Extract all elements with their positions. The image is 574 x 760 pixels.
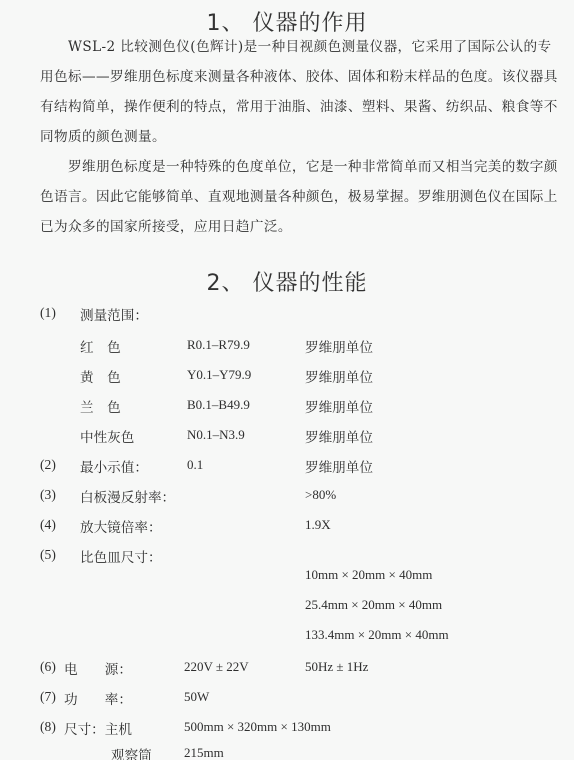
spec-red-unit: 罗维朋单位 (305, 336, 373, 356)
section-2-title: 2、 仪器的性能 (0, 266, 574, 297)
spec-8-value: 500mm × 320mm × 130mm (184, 719, 331, 735)
spec-5-size-3: 133.4mm × 20mm × 40mm (305, 627, 449, 643)
paragraph-1-text: WSL-2 比较测色仪(色辉计)是一种目视颜色测量仪器，它采用了国际公认的专用色… (40, 39, 558, 145)
spec-5-size-1: 10mm × 20mm × 40mm (305, 567, 432, 583)
spec-neutral-label: 中性灰色 (80, 426, 134, 446)
spec-7-label: 功 率： (64, 688, 132, 708)
spec-3-label: 白板漫反射率： (80, 486, 175, 506)
spec-3-num: (3) (40, 487, 56, 503)
spec-8-num: (8) (40, 719, 56, 735)
spec-2-label: 最小示值： (80, 456, 148, 476)
spec-red-label: 红 色 (80, 336, 121, 356)
spec-7-value: 50W (184, 689, 209, 705)
spec-yellow-value: Y0.1–Y79.9 (187, 367, 251, 383)
spec-neutral-unit: 罗维朋单位 (305, 426, 373, 446)
spec-5-label: 比色皿尺寸： (80, 546, 162, 566)
spec-8b-value: 215mm (184, 745, 224, 760)
paragraph-2: 罗维朋色标度是一种特殊的色度单位，它是一种非常简单而又相当完美的数字颜色语言。因… (40, 152, 560, 242)
spec-6-label: 电 源： (64, 658, 132, 678)
spec-6-voltage: 220V ± 22V (184, 659, 249, 675)
spec-7-num: (7) (40, 689, 56, 705)
spec-5-size-2: 25.4mm × 20mm × 40mm (305, 597, 442, 613)
spec-2-value: 0.1 (187, 457, 203, 473)
spec-4-label: 放大镜倍率： (80, 516, 162, 536)
paragraph-1: WSL-2 比较测色仪(色辉计)是一种目视颜色测量仪器，它采用了国际公认的专用色… (40, 32, 560, 152)
spec-3-value: >80% (305, 487, 336, 503)
spec-4-value: 1.9X (305, 517, 331, 533)
spec-blue-label: 兰 色 (80, 396, 121, 416)
spec-5-num: (5) (40, 547, 56, 563)
spec-8b-label: 观察筒 (111, 744, 152, 760)
spec-neutral-value: N0.1–N3.9 (187, 427, 245, 443)
paragraph-2-text: 罗维朋色标度是一种特殊的色度单位，它是一种非常简单而又相当完美的数字颜色语言。因… (40, 159, 558, 235)
spec-4-num: (4) (40, 517, 56, 533)
spec-6-frequency: 50Hz ± 1Hz (305, 659, 368, 675)
spec-6-num: (6) (40, 659, 56, 675)
spec-2-unit: 罗维朋单位 (305, 456, 373, 476)
spec-blue-unit: 罗维朋单位 (305, 396, 373, 416)
spec-2-num: (2) (40, 457, 56, 473)
spec-1-num: (1) (40, 305, 56, 321)
spec-1-label: 测量范围： (80, 304, 148, 324)
spec-8-label: 尺寸：主机 (64, 718, 132, 738)
spec-blue-value: B0.1–B49.9 (187, 397, 250, 413)
spec-yellow-unit: 罗维朋单位 (305, 366, 373, 386)
spec-red-value: R0.1–R79.9 (187, 337, 250, 353)
spec-yellow-label: 黄 色 (80, 366, 121, 386)
